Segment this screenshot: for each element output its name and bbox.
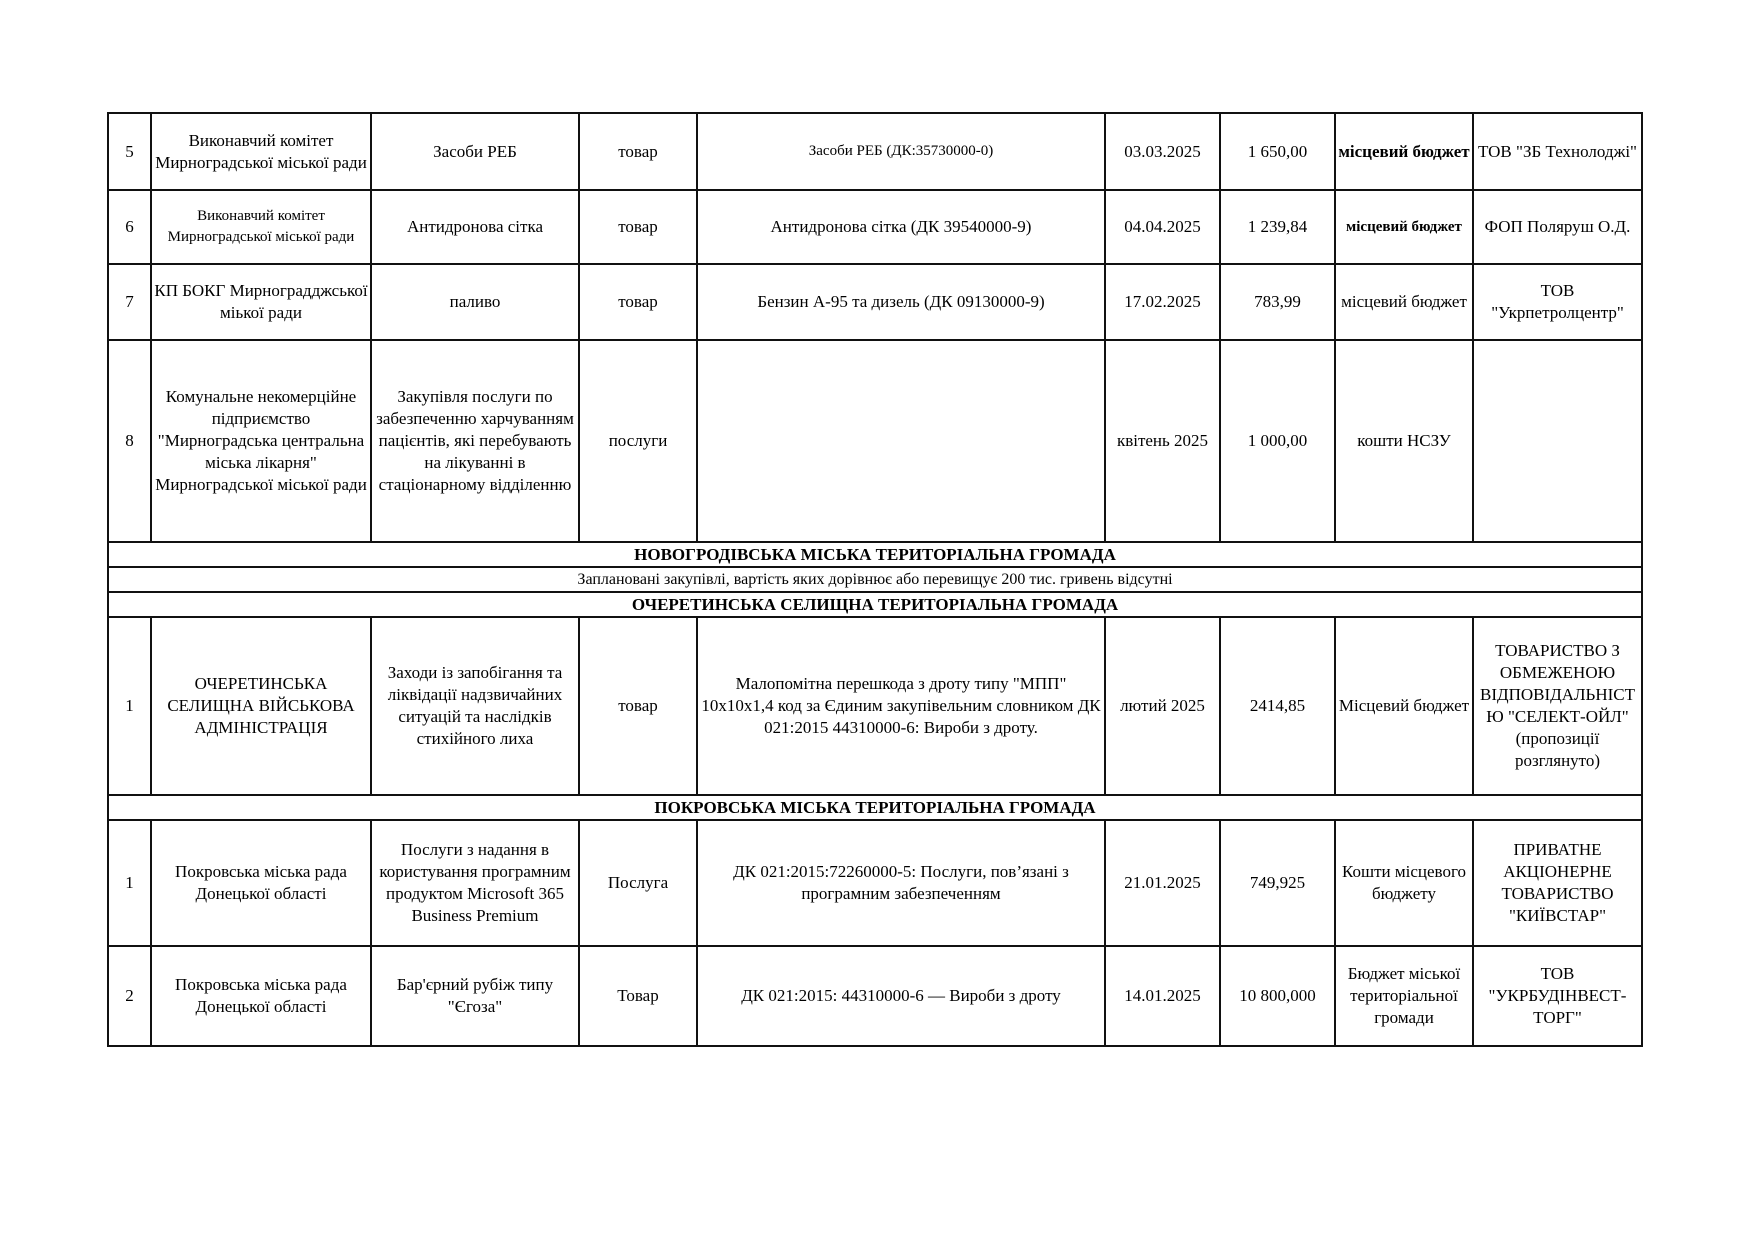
type-cell: товар — [579, 617, 697, 795]
subject-cell: Антидронова сітка — [371, 190, 579, 264]
section-heading: ПОКРОВСЬКА МІСЬКА ТЕРИТОРІАЛЬНА ГРОМАДА — [108, 795, 1642, 820]
supplier-cell — [1473, 340, 1642, 542]
row-number: 5 — [108, 113, 151, 190]
type-cell: Послуга — [579, 820, 697, 946]
amount-cell: 2414,85 — [1220, 617, 1335, 795]
funding-cell: місцевий бюджет — [1335, 113, 1473, 190]
funding-cell: місцевий бюджет — [1335, 264, 1473, 340]
supplier-cell: ПРИВАТНЕ АКЦІОНЕРНЕ ТОВАРИСТВО "КИЇВСТАР… — [1473, 820, 1642, 946]
table-row: 2 Покровська міська рада Донецької облас… — [108, 946, 1642, 1046]
customer-cell: Виконавчий комітет Мирноградської місько… — [151, 113, 371, 190]
type-cell: товар — [579, 264, 697, 340]
supplier-cell: ТОВАРИСТВО З ОБМЕЖЕНОЮ ВІДПОВІДАЛЬНІСТЮ … — [1473, 617, 1642, 795]
section-note: Заплановані закупівлі, вартість яких дор… — [108, 567, 1642, 592]
section-heading: ОЧЕРЕТИНСЬКА СЕЛИЩНА ТЕРИТОРІАЛЬНА ГРОМА… — [108, 592, 1642, 617]
table-row: 8 Комунальне некомерційне підприємство "… — [108, 340, 1642, 542]
code-cell: ДК 021:2015:72260000-5: Послуги, пов’яза… — [697, 820, 1105, 946]
date-cell: 03.03.2025 — [1105, 113, 1220, 190]
section-note-row: Заплановані закупівлі, вартість яких дор… — [108, 567, 1642, 592]
code-cell: ДК 021:2015: 44310000-6 — Вироби з дроту — [697, 946, 1105, 1046]
code-cell: Малопомітна перешкода з дроту типу "МПП"… — [697, 617, 1105, 795]
customer-cell: ОЧЕРЕТИНСЬКА СЕЛИЩНА ВІЙСЬКОВА АДМІНІСТР… — [151, 617, 371, 795]
date-cell: 21.01.2025 — [1105, 820, 1220, 946]
table-row: 7 КП БОКГ Мирноградджської міької ради п… — [108, 264, 1642, 340]
date-cell: лютий 2025 — [1105, 617, 1220, 795]
type-cell: товар — [579, 190, 697, 264]
table-row: 6 Виконавчий комітет Мирноградської місь… — [108, 190, 1642, 264]
supplier-cell: ТОВ "УКРБУДІНВЕСТ-ТОРГ" — [1473, 946, 1642, 1046]
section-heading: НОВОГРОДІВСЬКА МІСЬКА ТЕРИТОРІАЛЬНА ГРОМ… — [108, 542, 1642, 567]
table-row: 1 Покровська міська рада Донецької облас… — [108, 820, 1642, 946]
funding-cell: Кошти місцевого бюджету — [1335, 820, 1473, 946]
date-cell: 17.02.2025 — [1105, 264, 1220, 340]
supplier-cell: ТОВ "Укрпетролцентр" — [1473, 264, 1642, 340]
funding-cell: Бюджет міської територіальної громади — [1335, 946, 1473, 1046]
row-number: 1 — [108, 820, 151, 946]
section-heading-row: НОВОГРОДІВСЬКА МІСЬКА ТЕРИТОРІАЛЬНА ГРОМ… — [108, 542, 1642, 567]
funding-cell: Місцевий бюджет — [1335, 617, 1473, 795]
row-number: 2 — [108, 946, 151, 1046]
procurement-table: 5 Виконавчий комітет Мирноградської місь… — [107, 112, 1643, 1047]
subject-cell: Заходи із запобігання та ліквідації надз… — [371, 617, 579, 795]
customer-cell: КП БОКГ Мирноградджської міької ради — [151, 264, 371, 340]
supplier-cell: ТОВ "ЗБ Технолоджі" — [1473, 113, 1642, 190]
funding-cell: кошти НСЗУ — [1335, 340, 1473, 542]
date-cell: 14.01.2025 — [1105, 946, 1220, 1046]
row-number: 6 — [108, 190, 151, 264]
funding-cell: місцевий бюджет — [1335, 190, 1473, 264]
row-number: 8 — [108, 340, 151, 542]
row-number: 7 — [108, 264, 151, 340]
date-cell: квітень 2025 — [1105, 340, 1220, 542]
code-cell: Засоби РЕБ (ДК:35730000-0) — [697, 113, 1105, 190]
amount-cell: 1 239,84 — [1220, 190, 1335, 264]
type-cell: товар — [579, 113, 697, 190]
supplier-cell: ФОП Поляруш О.Д. — [1473, 190, 1642, 264]
amount-cell: 783,99 — [1220, 264, 1335, 340]
code-cell: Антидронова сітка (ДК 39540000-9) — [697, 190, 1105, 264]
amount-cell: 10 800,000 — [1220, 946, 1335, 1046]
row-number: 1 — [108, 617, 151, 795]
subject-cell: Послуги з надання в користування програм… — [371, 820, 579, 946]
type-cell: послуги — [579, 340, 697, 542]
amount-cell: 1 650,00 — [1220, 113, 1335, 190]
customer-cell: Комунальне некомерційне підприємство "Ми… — [151, 340, 371, 542]
subject-cell: Засоби РЕБ — [371, 113, 579, 190]
code-cell — [697, 340, 1105, 542]
table-row: 5 Виконавчий комітет Мирноградської місь… — [108, 113, 1642, 190]
customer-cell: Виконавчий комітет Мирноградської місько… — [151, 190, 371, 264]
amount-cell: 1 000,00 — [1220, 340, 1335, 542]
customer-cell: Покровська міська рада Донецької області — [151, 820, 371, 946]
subject-cell: паливо — [371, 264, 579, 340]
date-cell: 04.04.2025 — [1105, 190, 1220, 264]
table-row: 1 ОЧЕРЕТИНСЬКА СЕЛИЩНА ВІЙСЬКОВА АДМІНІС… — [108, 617, 1642, 795]
subject-cell: Бар'єрний рубіж типу "Єгоза" — [371, 946, 579, 1046]
type-cell: Товар — [579, 946, 697, 1046]
customer-cell: Покровська міська рада Донецької області — [151, 946, 371, 1046]
section-heading-row: ПОКРОВСЬКА МІСЬКА ТЕРИТОРІАЛЬНА ГРОМАДА — [108, 795, 1642, 820]
subject-cell: Закупівля послуги по забезпеченню харчув… — [371, 340, 579, 542]
section-heading-row: ОЧЕРЕТИНСЬКА СЕЛИЩНА ТЕРИТОРІАЛЬНА ГРОМА… — [108, 592, 1642, 617]
code-cell: Бензин А-95 та дизель (ДК 09130000-9) — [697, 264, 1105, 340]
amount-cell: 749,925 — [1220, 820, 1335, 946]
